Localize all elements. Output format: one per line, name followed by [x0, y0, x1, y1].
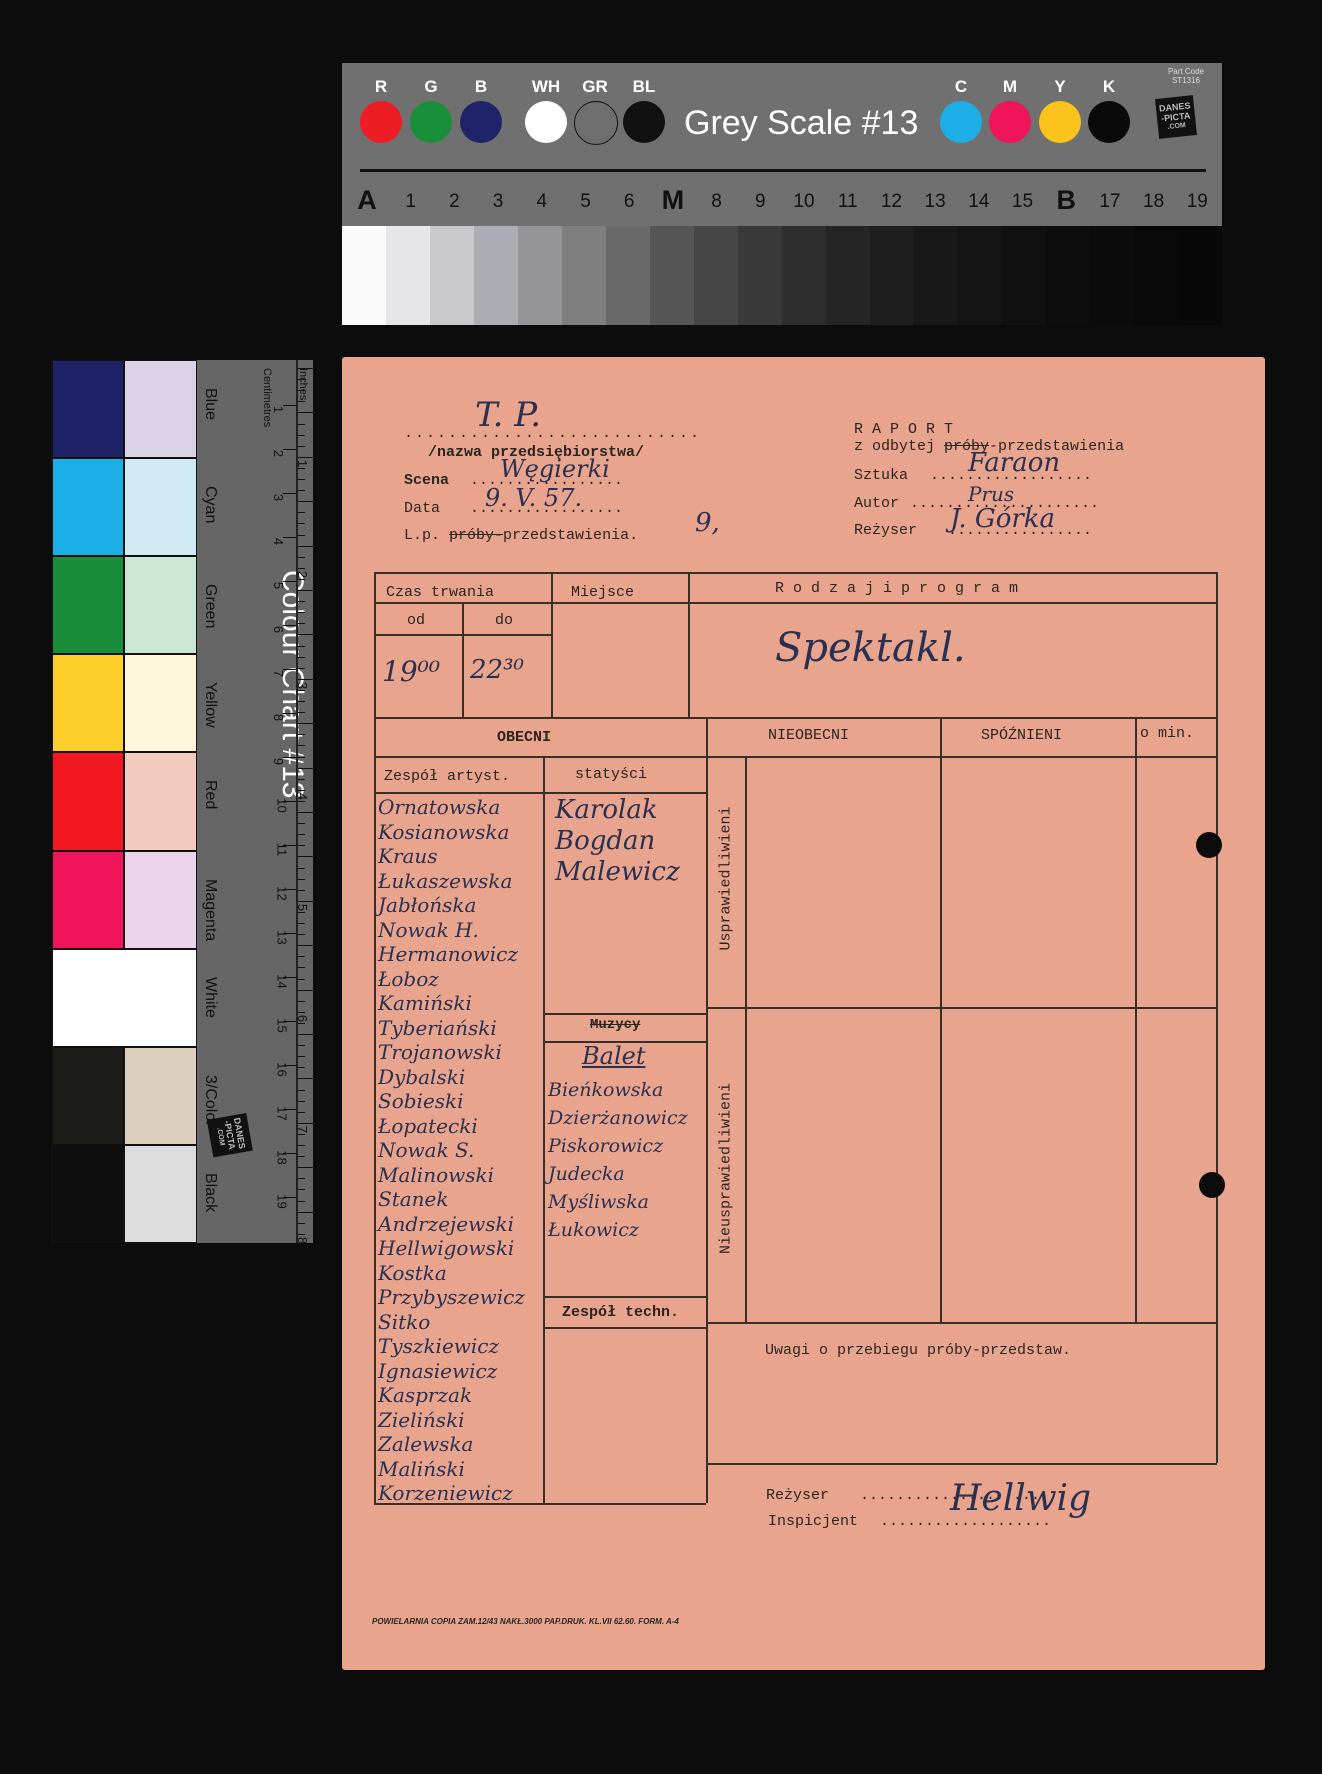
to-value: 22³⁰: [470, 655, 524, 685]
inch-tick: [297, 501, 313, 502]
danes-picta-logo: Colour Chart #13 DANES-PICTA.COM: [207, 1113, 253, 1157]
inch-tick: [297, 1134, 305, 1135]
present-header: OBECNI: [497, 729, 551, 746]
scene-value: Węgierki: [500, 455, 610, 483]
inch-tick: [297, 1212, 313, 1213]
patch-black-light: [125, 1146, 196, 1242]
cm-label: 2: [271, 450, 286, 457]
grey-patch: [1002, 226, 1046, 325]
patch-yellow-light: [125, 655, 196, 751]
swatch-c-dot: [940, 101, 982, 143]
inch-tick: [297, 712, 305, 713]
name-entry: Dybalski: [378, 1065, 525, 1090]
name-entry: Tyberiański: [378, 1016, 525, 1041]
scale-index-label: 4: [527, 191, 557, 213]
name-entry: Judecka: [548, 1160, 688, 1188]
cm-label: 19: [275, 1194, 290, 1208]
grey-patch: [606, 226, 650, 325]
name-entry: Trojanowski: [378, 1040, 525, 1065]
inch-tick: [297, 779, 305, 780]
inch-tick: [297, 979, 305, 980]
cm-label: 4: [271, 538, 286, 545]
patch-green-light: [125, 557, 196, 653]
name-entry: Łoboz: [378, 967, 525, 992]
grid-line: [1216, 572, 1218, 1463]
grey-patches: [342, 226, 1222, 325]
grid-line: [706, 1007, 1217, 1009]
inch-tick: [297, 668, 305, 669]
inch-tick: [297, 967, 305, 968]
minutes-header: o min.: [1140, 725, 1194, 742]
name-entry: Bogdan: [555, 826, 680, 857]
inch-tick: [297, 1178, 305, 1179]
name-entry: Malewicz: [555, 857, 680, 888]
inch-tick: [297, 734, 305, 735]
inch-tick: [297, 801, 305, 802]
company-dotline: ...........................: [404, 425, 701, 442]
grey-patch: [1178, 226, 1222, 325]
ballet-names: BieńkowskaDzierżanowiczPiskorowiczJudeck…: [548, 1076, 688, 1244]
grid-line: [543, 1296, 706, 1298]
grid-line: [374, 717, 1217, 719]
name-entry: Hellwigowski: [378, 1236, 525, 1261]
patch-red-dark: [53, 753, 123, 849]
scale-index-label: 2: [439, 191, 469, 213]
excused-label: Usprawiedliwieni: [718, 799, 735, 959]
director-label: Reżyser: [854, 522, 917, 539]
late-header: SPÓŹNIENI: [981, 727, 1062, 744]
to-header: do: [495, 612, 513, 629]
inch-tick: [297, 790, 305, 791]
scale-index-label: 13: [920, 191, 950, 213]
cm-label: 1: [271, 406, 286, 413]
remarks-label: Uwagi o przebiegu próby-przedstaw.: [765, 1342, 1071, 1359]
scale-index-label: 8: [702, 191, 732, 213]
name-entry: Hermanowicz: [378, 942, 525, 967]
name-entry: Ornatowska: [378, 795, 525, 820]
inch-tick: [297, 523, 305, 524]
inch-tick: [297, 1078, 313, 1079]
unexcused-label: Nieusprawiedliwieni: [718, 1069, 735, 1269]
inch-tick: [297, 457, 313, 458]
cm-label: 8: [271, 714, 286, 721]
stage-manager-label: Inspicjent: [768, 1513, 858, 1530]
grey-patch: [1090, 226, 1134, 325]
name-entry: Myśliwska: [548, 1188, 688, 1216]
grey-patch: [342, 226, 386, 325]
name-entry: Ignasiewicz: [378, 1359, 525, 1384]
name-entry: Bieńkowska: [548, 1076, 688, 1104]
name-entry: Kamiński: [378, 991, 525, 1016]
name-entry: Maliński: [378, 1457, 525, 1482]
swatch-label: R: [359, 77, 403, 97]
inch-tick: [297, 823, 305, 824]
name-entry: Kostka: [378, 1261, 525, 1286]
inch-tick: [297, 990, 313, 991]
inch-tick: [297, 757, 305, 758]
colour-chart-target: Centimetres Inches Colour Chart #13 1234…: [51, 360, 313, 1243]
stage-manager-signature: Hellwig: [950, 1478, 1091, 1519]
colour-label: Magenta: [201, 879, 219, 941]
play-value: Faraon: [968, 448, 1060, 478]
inch-tick: [297, 868, 305, 869]
swatch-label: C: [939, 77, 983, 97]
swatch-label: Y: [1038, 77, 1082, 97]
grey-patch: [914, 226, 958, 325]
inch-tick: [297, 945, 313, 946]
grid-line: [745, 756, 747, 1322]
name-entry: Łukaszewska: [378, 869, 525, 894]
scale-index-label: 18: [1139, 191, 1169, 213]
divider: [360, 169, 1206, 172]
inch-tick: [297, 446, 305, 447]
place-header: Miejsce: [571, 584, 634, 601]
from-header: od: [407, 612, 425, 629]
inch-tick: [297, 512, 305, 513]
scale-index-label: 19: [1182, 191, 1212, 213]
grey-patch: [826, 226, 870, 325]
inch-tick: [297, 879, 305, 880]
cm-label: 11: [274, 843, 289, 857]
name-entry: Sobieski: [378, 1089, 525, 1114]
scale-index-label: 6: [614, 191, 644, 213]
inch-tick: [297, 768, 313, 769]
duration-header: Czas trwania: [386, 584, 494, 601]
cm-label: 7: [271, 670, 286, 677]
grey-patch: [958, 226, 1002, 325]
name-entry: Piskorowicz: [548, 1132, 688, 1160]
inch-tick: [297, 1045, 305, 1046]
inch-tick: [297, 1012, 305, 1013]
grid-line: [1135, 717, 1137, 1322]
musicians-header: Muzycy: [590, 1017, 640, 1033]
cm-label: 12: [275, 886, 290, 900]
inch-tick: [297, 557, 305, 558]
inch-tick: [297, 1189, 305, 1190]
grey-patch: [386, 226, 430, 325]
inch-tick: [297, 1067, 305, 1068]
inch-tick: [297, 1167, 313, 1168]
grey-patch: [562, 226, 606, 325]
name-entry: Nowak H.: [378, 918, 525, 943]
scale-index-label: 9: [745, 191, 775, 213]
cm-label: 3: [271, 494, 286, 501]
cm-label: 5: [271, 582, 286, 589]
inch-tick: [297, 490, 305, 491]
grid-line: [374, 602, 1217, 604]
scale-index-label: 3: [483, 191, 513, 213]
swatch-label: M: [988, 77, 1032, 97]
grey-patch: [650, 226, 694, 325]
patch-3/color-dark: [53, 1048, 123, 1144]
inch-tick: [297, 368, 313, 369]
inch-tick: [297, 412, 313, 413]
name-entry: Andrzejewski: [378, 1212, 525, 1237]
patch-blue-light: [125, 361, 196, 457]
swatch-bl-dot: [623, 101, 665, 143]
inch-tick: [297, 1001, 305, 1002]
inches-label: Inches: [297, 368, 309, 400]
grey-patch: [518, 226, 562, 325]
inch-tick: [297, 546, 313, 547]
name-entry: Łopatecki: [378, 1114, 525, 1139]
ensemble-header: Zespół artyst.: [384, 768, 510, 785]
inch-tick: [297, 890, 305, 891]
grid-line: [688, 572, 690, 717]
inch-tick: [297, 579, 305, 580]
cm-label: 15: [275, 1018, 290, 1032]
printer-footer: POWIELARNIA COPIA ZAM.12/43 NAKŁ.3000 PA…: [372, 1617, 679, 1626]
inch-tick: [297, 723, 313, 724]
inch-tick: [297, 1090, 305, 1091]
grey-scale-title: Grey Scale #13: [684, 104, 918, 143]
inch-tick: [297, 401, 305, 402]
grid-line: [462, 602, 464, 717]
grey-patch: [738, 226, 782, 325]
grey-patch: [1134, 226, 1178, 325]
punch-hole: [1196, 832, 1222, 858]
swatch-label: BL: [622, 77, 666, 97]
inch-tick: [297, 701, 305, 702]
inch-tick: [297, 535, 305, 536]
director-value: J. Górka: [950, 504, 1055, 534]
inch-tick: [297, 812, 313, 813]
name-entry: Kraus: [378, 844, 525, 869]
name-entry: Zalewska: [378, 1432, 525, 1457]
inch-tick: [297, 1201, 305, 1202]
colour-label: Green: [201, 584, 219, 628]
program-header: R o d z a j i p r o g r a m: [775, 580, 1018, 597]
patch-magenta-dark: [53, 852, 123, 948]
from-value: 19⁰⁰: [382, 655, 440, 688]
play-label: Sztuka: [854, 467, 908, 484]
inch-tick: [297, 745, 305, 746]
name-entry: Jabłońska: [378, 893, 525, 918]
inch-tick: [297, 379, 305, 380]
colour-label: Blue: [201, 388, 219, 420]
inch-tick: [297, 856, 313, 857]
inch-tick: [297, 390, 305, 391]
scene-label: Scena: [404, 472, 449, 489]
swatch-label: K: [1087, 77, 1131, 97]
grid-line: [374, 572, 376, 1503]
grid-line: [374, 572, 1217, 574]
report-title: R A P O R T: [854, 421, 953, 438]
inch-tick: [297, 1101, 305, 1102]
colour-label: Yellow: [201, 682, 219, 728]
inch-tick: [297, 657, 305, 658]
patch-magenta-light: [125, 852, 196, 948]
absent-header: NIEOBECNI: [768, 727, 849, 744]
director-sign-label: Reżyser: [766, 1487, 829, 1504]
grid-line: [374, 792, 706, 794]
swatch-label: WH: [524, 77, 568, 97]
swatch-g-dot: [410, 101, 452, 143]
inch-tick: [297, 435, 305, 436]
grid-line: [940, 717, 942, 1322]
name-entry: Malinowski: [378, 1163, 525, 1188]
swatch-m-dot: [989, 101, 1031, 143]
name-entry: Tyszkiewicz: [378, 1334, 525, 1359]
patch-black-dark: [53, 1146, 123, 1242]
scale-index-label: A: [352, 185, 382, 216]
inch-tick: [297, 912, 305, 913]
name-entry: Przybyszewicz: [378, 1285, 525, 1310]
author-label: Autor: [854, 495, 899, 512]
extras-names: KarolakBogdanMalewicz: [555, 795, 680, 888]
inch-tick: [297, 1156, 305, 1157]
patch-green-dark: [53, 557, 123, 653]
inch-tick: [297, 923, 305, 924]
cm-label: 10: [275, 798, 290, 812]
extras-header: statyści: [575, 766, 647, 783]
swatch-gr-dot: [574, 101, 618, 145]
swatch-r-dot: [360, 101, 402, 143]
cm-label: 14: [275, 974, 290, 988]
date-label: Data: [404, 500, 440, 517]
scale-index-label: 1: [396, 191, 426, 213]
grid-line: [706, 1463, 1217, 1465]
patch-yellow-dark: [53, 655, 123, 751]
inch-tick: [297, 1056, 305, 1057]
part-code: Part Code ST1316: [1168, 67, 1204, 85]
colour-label: Cyan: [201, 486, 219, 523]
lp-value: 9,: [695, 508, 720, 538]
ruler-edge: [296, 360, 298, 1243]
swatch-y-dot: [1039, 101, 1081, 143]
cm-label: 16: [275, 1062, 290, 1076]
inch-tick: [297, 1145, 305, 1146]
inch-tick: [297, 612, 305, 613]
patch-red-light: [125, 753, 196, 849]
inch-tick: [297, 424, 305, 425]
patch-white: [53, 950, 196, 1046]
grid-line: [706, 1322, 1217, 1324]
grey-patch: [870, 226, 914, 325]
inch-tick: [297, 1223, 305, 1224]
inch-tick: [297, 568, 305, 569]
swatch-k-dot: [1088, 101, 1130, 143]
grid-line: [543, 756, 545, 1503]
scale-index-label: 15: [1008, 191, 1038, 213]
inch-tick: [297, 1123, 313, 1124]
cm-label: 13: [275, 930, 290, 944]
inch-tick: [297, 601, 305, 602]
patch-cyan-light: [125, 459, 196, 555]
inch-tick: [297, 1245, 305, 1246]
date-value: 9. V. 57.: [485, 484, 582, 512]
inch-tick: [297, 679, 313, 680]
inch-tick: [297, 646, 305, 647]
ballet-header: Balet: [582, 1042, 645, 1070]
grid-line: [543, 1327, 706, 1329]
name-entry: Łukowicz: [548, 1216, 688, 1244]
grey-patch: [474, 226, 518, 325]
grey-patch: [1046, 226, 1090, 325]
swatch-label: GR: [573, 77, 617, 97]
inch-tick: [297, 1023, 305, 1024]
inch-tick: [297, 468, 305, 469]
colour-label: White: [201, 977, 219, 1018]
grey-scale-target: RGBWHGRBLCMYK Grey Scale #13 Part Code S…: [342, 63, 1222, 325]
inch-tick: [297, 901, 313, 902]
inch-tick: [297, 934, 305, 935]
centimetres-label: Centimetres: [261, 368, 273, 427]
name-entry: Korzeniewicz: [378, 1481, 525, 1506]
scale-index-label: 12: [876, 191, 906, 213]
punch-hole: [1199, 1172, 1225, 1198]
name-entry: Nowak S.: [378, 1138, 525, 1163]
scale-index-label: 11: [833, 191, 863, 213]
inch-tick: [297, 590, 313, 591]
cm-label: 17: [275, 1106, 290, 1120]
scale-index-label: 17: [1095, 191, 1125, 213]
scale-index-label: 10: [789, 191, 819, 213]
inch-tick: [297, 623, 305, 624]
name-entry: Stanek: [378, 1187, 525, 1212]
inch-tick: [297, 956, 305, 957]
inch-tick: [297, 690, 305, 691]
program-value: Spektakl.: [775, 625, 966, 671]
name-entry: Karolak: [555, 795, 680, 826]
lp-label: L.p. próby-przedstawienia.: [404, 527, 638, 544]
tech-header: Zespół techn.: [562, 1304, 679, 1321]
inch-tick: [297, 1034, 313, 1035]
scale-index-label: 14: [964, 191, 994, 213]
name-entry: Dzierżanowicz: [548, 1104, 688, 1132]
name-entry: Kosianowska: [378, 820, 525, 845]
inch-tick: [297, 845, 305, 846]
cm-label: 6: [271, 626, 286, 633]
colour-label: Black: [201, 1173, 219, 1212]
grey-patch: [782, 226, 826, 325]
name-entry: Zieliński: [378, 1408, 525, 1433]
patch-blue-dark: [53, 361, 123, 457]
grid-line: [551, 572, 553, 717]
cm-label: 18: [275, 1150, 290, 1164]
author-value: Prus: [968, 482, 1014, 506]
patch-cyan-dark: [53, 459, 123, 555]
swatch-b-dot: [460, 101, 502, 143]
inch-tick: [297, 634, 313, 635]
danes-picta-logo: DANES-PICTA.COM: [1155, 95, 1196, 139]
scale-index-label: B: [1051, 185, 1081, 216]
swatch-label: G: [409, 77, 453, 97]
grid-line: [543, 1013, 706, 1015]
inch-tick: [297, 1112, 305, 1113]
inch-tick: [297, 834, 305, 835]
grid-line: [706, 717, 708, 1503]
swatch-label: B: [459, 77, 503, 97]
grid-line: [374, 756, 1217, 758]
swatch-wh-dot: [525, 101, 567, 143]
inch-tick: [297, 479, 305, 480]
cm-label: 9: [271, 758, 286, 765]
inch-tick: [297, 1234, 305, 1235]
ruler: Centimetres Inches Colour Chart #13 1234…: [197, 360, 313, 1243]
grey-patch: [430, 226, 474, 325]
ensemble-names: OrnatowskaKosianowskaKrausŁukaszewskaJab…: [378, 795, 525, 1506]
scale-index-label: 5: [571, 191, 601, 213]
name-entry: Kasprzak: [378, 1383, 525, 1408]
patch-3/color-light: [125, 1048, 196, 1144]
grey-patch: [694, 226, 738, 325]
scale-index-label: M: [658, 185, 688, 216]
colour-label: Red: [201, 780, 219, 809]
name-entry: Sitko: [378, 1310, 525, 1335]
